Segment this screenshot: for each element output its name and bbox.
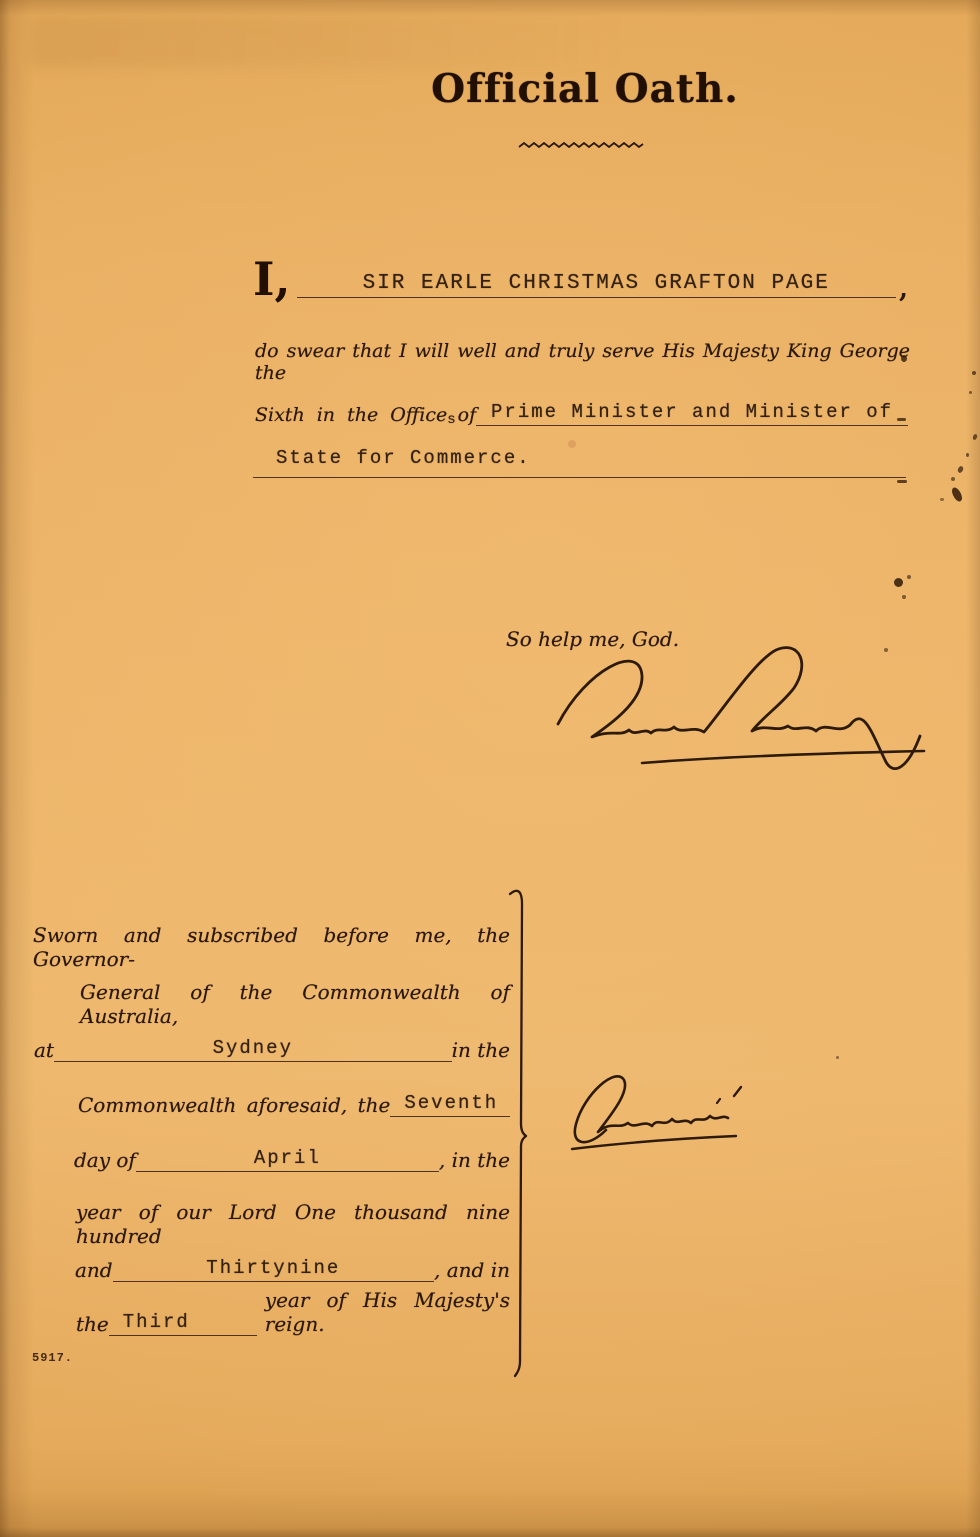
reign-fill-line: Third [109, 1308, 257, 1336]
ink-speck [901, 355, 907, 362]
place-typed: Sydney [213, 1037, 293, 1059]
earle-page-signature [552, 642, 926, 782]
ink-speck [972, 371, 976, 375]
jurat-line1: Sworn and subscribed before me, the Gove… [33, 923, 510, 971]
page-title: Official Oath. [431, 66, 739, 112]
ink-speck [836, 1056, 839, 1059]
month-fill-line: April [136, 1144, 439, 1172]
page-showthrough-ghost [30, 16, 630, 68]
jurat-bracket [506, 884, 532, 1384]
oath-opening-initial: I, [253, 261, 297, 298]
office-rule [253, 462, 906, 478]
ink-speck [972, 433, 978, 440]
oath-body-line1: do swear that I will well and truly serv… [255, 340, 910, 384]
ink-blot [949, 486, 964, 503]
office-typed-line1: Prime Minister and Minister of [491, 401, 893, 423]
title-squiggle-rule [518, 140, 644, 150]
ink-speck [951, 477, 955, 481]
ink-speck [940, 498, 944, 501]
form-number: 5917. [32, 1351, 73, 1365]
jurat-line3-prefix: at [34, 1038, 54, 1062]
jurat-line3: at Sydney in the [34, 1034, 510, 1062]
oath-body-line2-of: of [458, 404, 476, 426]
jurat-line7-suffix: , and in [434, 1258, 510, 1282]
jurat-line8: the Third year of His Majesty's reign. [76, 1308, 510, 1336]
jurat-line8-suffix: year of His Majesty's reign. [265, 1288, 510, 1336]
place-fill-line: Sydney [54, 1034, 452, 1062]
month-typed: April [254, 1147, 321, 1169]
jurat-line3-suffix: in the [452, 1038, 510, 1062]
document-page: Official Oath. I, SIR EARLE CHRISTMAS GR… [0, 0, 980, 1537]
name-fill-line: SIR EARLE CHRISTMAS GRAFTON PAGE [297, 250, 896, 298]
ink-speck [966, 453, 969, 457]
ink-speck [894, 578, 903, 587]
jurat-line7-prefix: and [75, 1258, 113, 1282]
trailing-comma: , [896, 282, 908, 298]
ink-speck [902, 595, 906, 599]
jurat-line5-prefix: day of [74, 1148, 136, 1172]
day-fill-line: Seventh [390, 1089, 510, 1117]
oath-body-line2-prefix: Sixth in the Office [255, 404, 447, 426]
jurat-line5-suffix: , in the [439, 1148, 510, 1172]
faint-stain [568, 440, 576, 448]
office-fill-line: Prime Minister and Minister of [476, 396, 908, 426]
jurat-line4: Commonwealth aforesaid, the Seventh [78, 1089, 510, 1117]
ink-speck [897, 480, 907, 483]
jurat-line7: and Thirtynine , and in [75, 1254, 510, 1282]
year-fill-line: Thirtynine [113, 1254, 434, 1282]
jurat-line8-prefix: the [76, 1312, 109, 1336]
ink-speck [957, 465, 964, 473]
reign-year-typed: Third [123, 1311, 190, 1333]
jurat-line5: day of April , in the [74, 1144, 510, 1172]
oath-body-line2: Sixth in the Officesof Prime Minister an… [255, 396, 908, 426]
gowrie-signature [560, 1046, 788, 1161]
inserted-s: s [447, 412, 457, 428]
day-typed: Seventh [404, 1092, 498, 1114]
ink-speck [884, 648, 888, 652]
jurat-line4-prefix: Commonwealth aforesaid, the [78, 1093, 390, 1117]
ink-speck [897, 418, 906, 421]
jurat-line6: year of our Lord One thousand nine hundr… [76, 1200, 510, 1248]
deponent-name: SIR EARLE CHRISTMAS GRAFTON PAGE [363, 272, 830, 295]
jurat-line2: General of the Commonwealth of Australia… [80, 980, 510, 1028]
ink-speck [907, 575, 911, 579]
year-typed: Thirtynine [206, 1257, 340, 1279]
deponent-name-row: I, SIR EARLE CHRISTMAS GRAFTON PAGE , [253, 250, 908, 298]
ink-speck [969, 391, 972, 394]
